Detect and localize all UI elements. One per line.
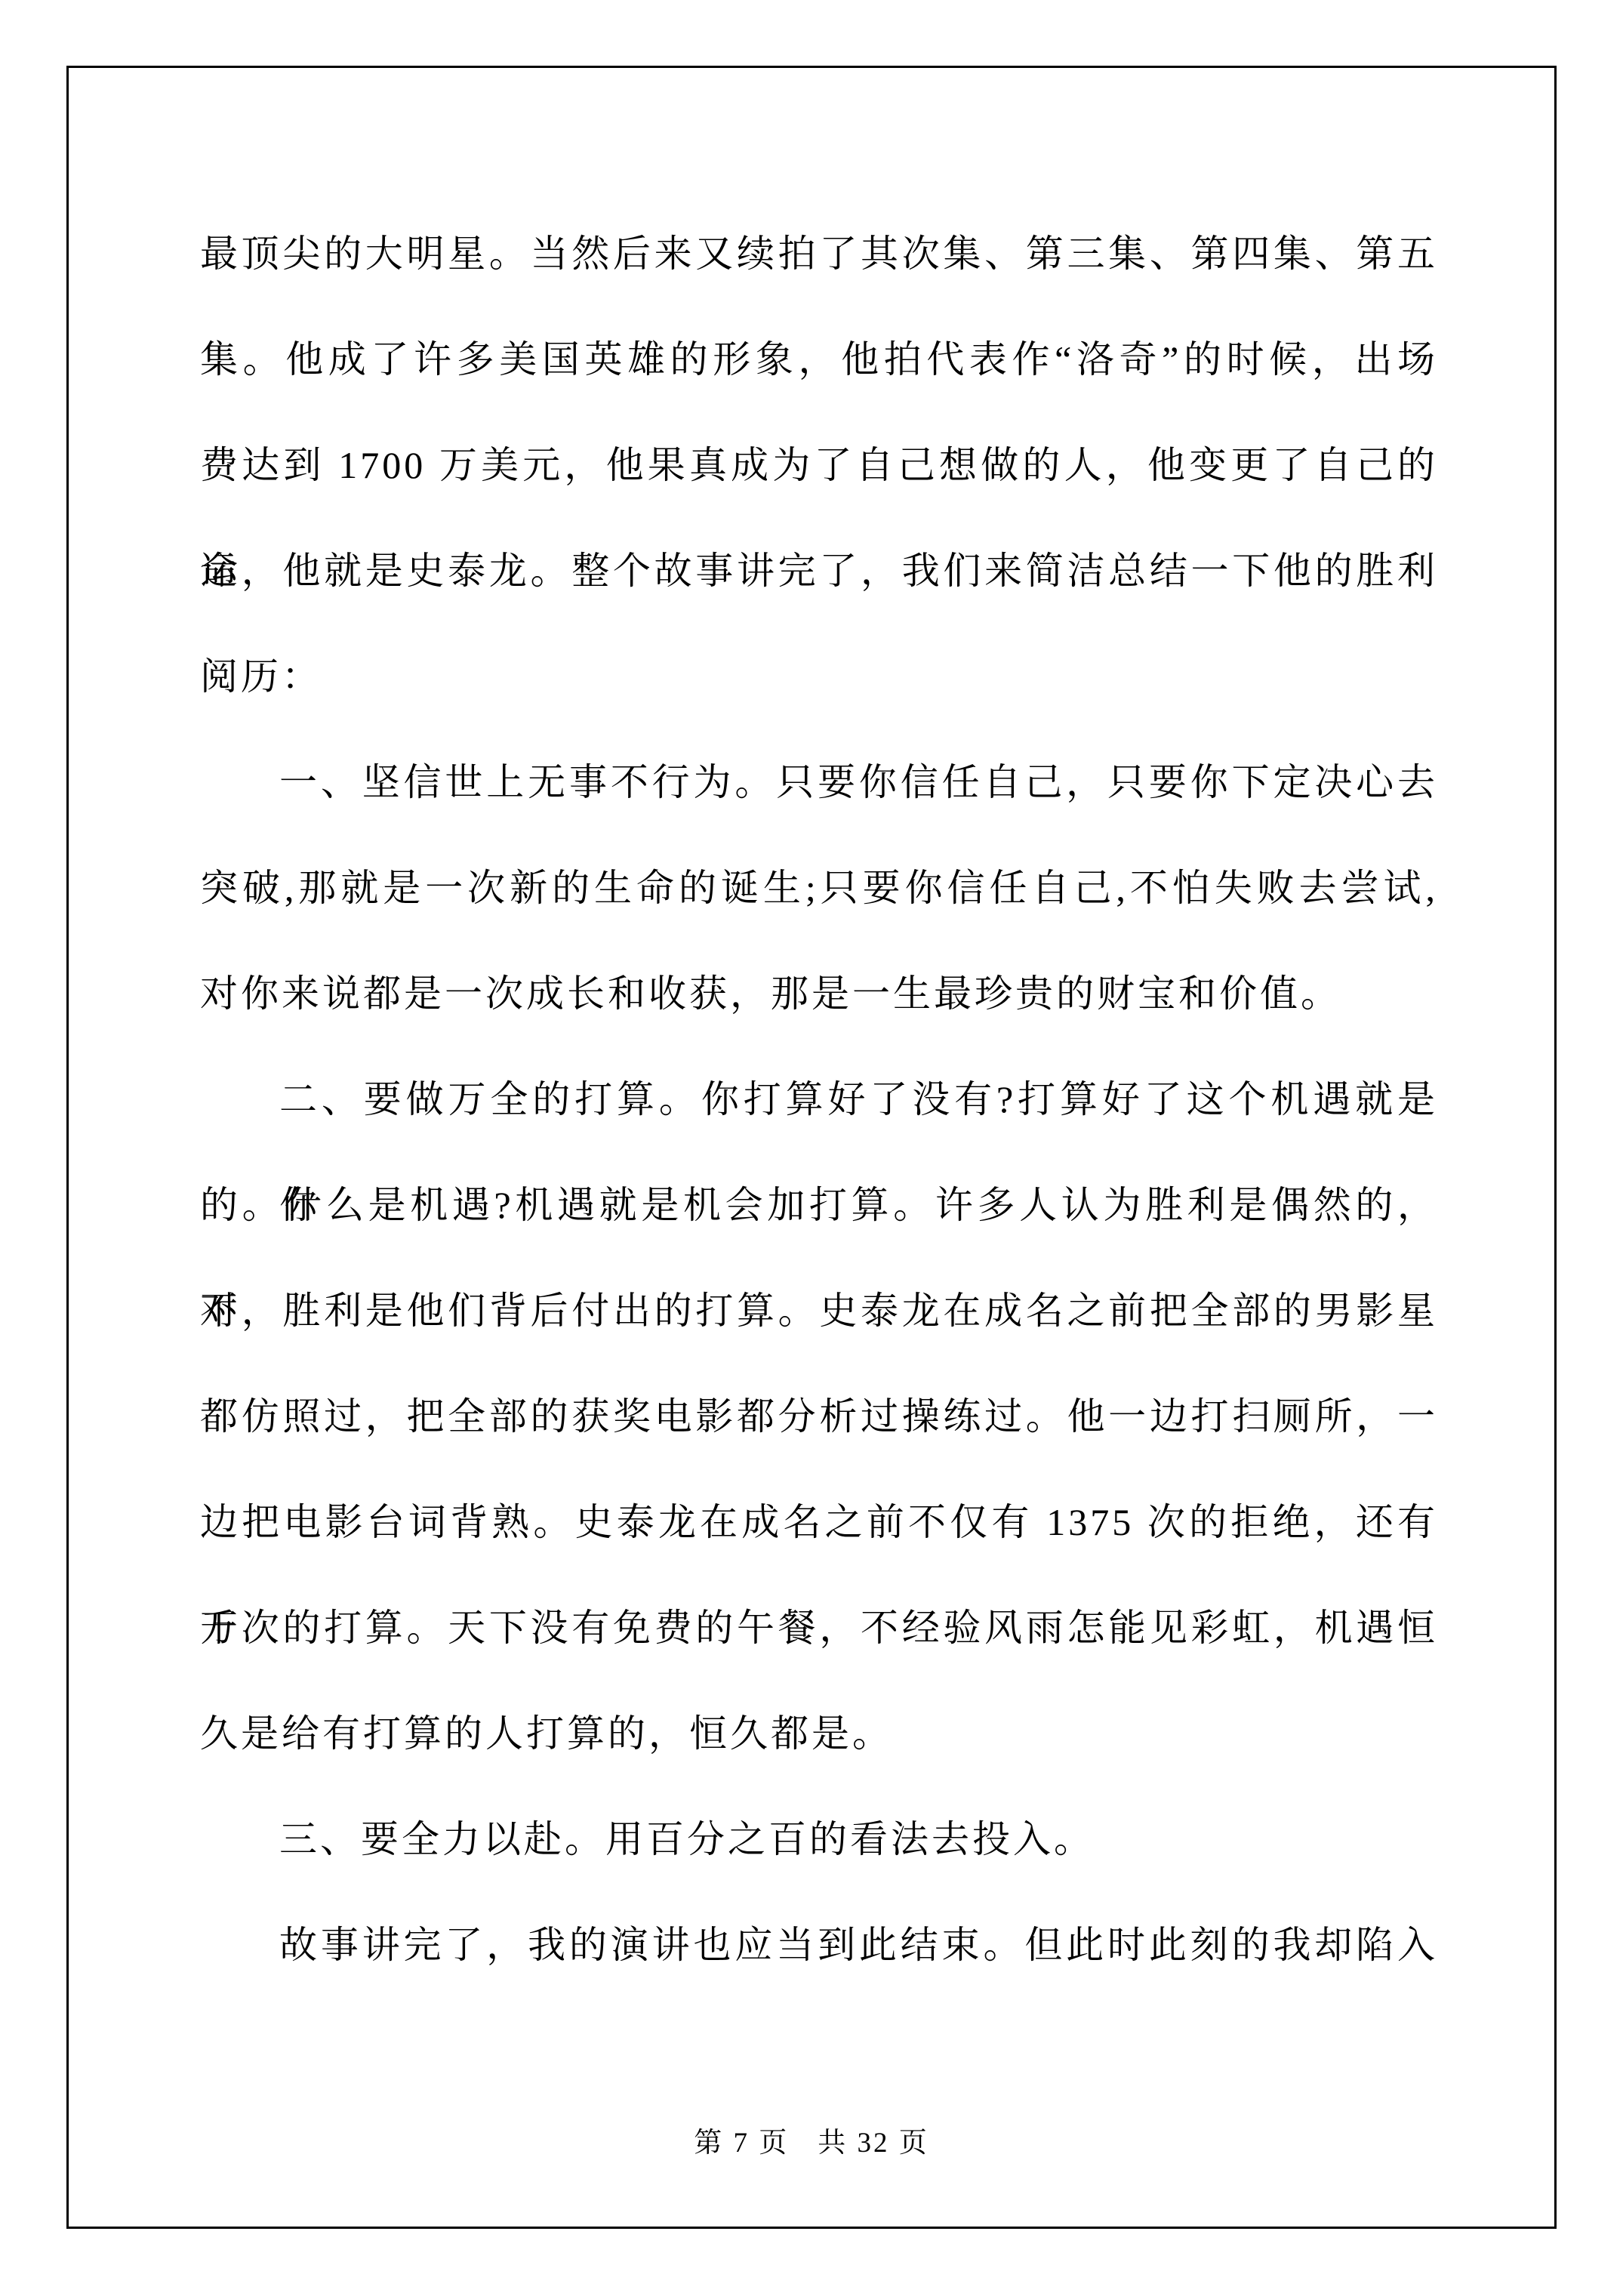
text-line: 三、要全力以赴。用百分之百的看法去投入。 (200, 1786, 1438, 1892)
text-line: 的。什么是机遇?机遇就是机会加打算。许多人认为胜利是偶然的，不 (200, 1152, 1438, 1258)
page-count-label: 共 32 页 (818, 2128, 929, 2159)
text-line: 运，他就是史泰龙。整个故事讲完了，我们来简洁总结一下他的胜利 (200, 518, 1438, 624)
text-line: 万次的打算。天下没有免费的午餐，不经验风雨怎能见彩虹，机遇恒 (200, 1575, 1438, 1681)
text-line: 故事讲完了，我的演讲也应当到此结束。但此时此刻的我却陷入 (200, 1892, 1438, 1998)
page-number-label: 第 7 页 (694, 2128, 789, 2159)
text-line: 集。他成了许多美国英雄的形象，他拍代表作“洛奇”的时候，出场 (200, 307, 1438, 412)
text-line: 边把电影台词背熟。史泰龙在成名之前不仅有 1375 次的拒绝，还有千 (200, 1469, 1438, 1575)
document-page: { "colors": { "background": "#ffffff", "… (0, 0, 1623, 2296)
text-line: 最顶尖的大明星。当然后来又续拍了其次集、第三集、第四集、第五 (200, 201, 1438, 307)
text-line: 对你来说都是一次成长和收获，那是一生最珍贵的财宝和价值。 (200, 941, 1438, 1046)
text-line: 突破,那就是一次新的生命的诞生;只要你信任自己,不怕失败去尝试, (200, 835, 1438, 941)
text-line: 费达到 1700 万美元，他果真成为了自己想做的人，他变更了自己的命 (200, 412, 1438, 518)
document-body: 最顶尖的大明星。当然后来又续拍了其次集、第三集、第四集、第五集。他成了许多美国英… (200, 201, 1438, 1998)
text-line: 二、要做万全的打算。你打算好了没有?打算好了这个机遇就是你 (200, 1046, 1438, 1152)
text-line: 都仿照过，把全部的获奖电影都分析过操练过。他一边打扫厕所，一 (200, 1364, 1438, 1469)
text-line: 阅历： (200, 624, 1438, 729)
text-line: 一、坚信世上无事不行为。只要你信任自己，只要你下定决心去 (200, 729, 1438, 835)
text-line: 对，胜利是他们背后付出的打算。史泰龙在成名之前把全部的男影星 (200, 1258, 1438, 1364)
text-line: 久是给有打算的人打算的，恒久都是。 (200, 1681, 1438, 1786)
page-footer: 第 7 页共 32 页 (66, 2126, 1557, 2161)
